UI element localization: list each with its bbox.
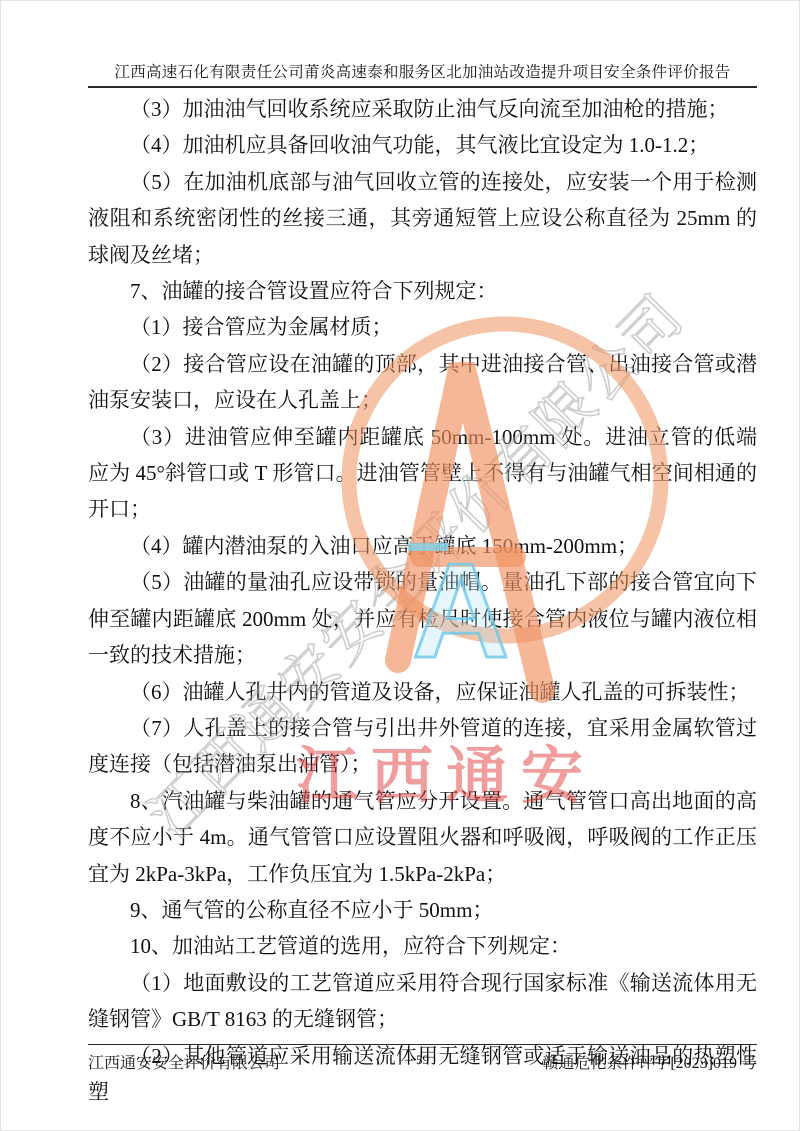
body-paragraph: 8、汽油罐与柴油罐的通气管应分开设置。通气管管口高出地面的高度不应小于 4m。通… <box>88 783 757 892</box>
body-paragraph: 9、通气管的公称直径不应小于 50mm； <box>88 892 757 928</box>
body-paragraph: （4）加油机应具备回收油气功能，其气液比宜设定为 1.0-1.2； <box>88 127 757 163</box>
body-paragraph: （5）在加油机底部与油气回收立管的连接处，应安装一个用于检测液阻和系统密闭性的丝… <box>88 164 757 273</box>
body-paragraph: （7）人孔盖上的接合管与引出井外管道的连接，宜采用金属软管过度连接（包括潜油泵出… <box>88 710 757 783</box>
body-paragraph: （2）其他管道应采用输送流体用无缝钢管或适于输送油品的热塑性塑 <box>88 1038 757 1111</box>
report-body: （3）加油油气回收系统应采取防止油气反向流至加油枪的措施； （4）加油机应具备回… <box>88 91 757 1110</box>
body-paragraph: （1）地面敷设的工艺管道应采用符合现行国家标准《输送流体用无缝钢管》GB/T 8… <box>88 965 757 1038</box>
body-paragraph: （4）罐内潜油泵的入油口应高于罐底 150mm-200mm； <box>88 528 757 564</box>
report-page: 江西高速石化有限责任公司莆炎高速泰和服务区北加油站改造提升项目安全条件评价报告 … <box>0 0 800 1131</box>
body-paragraph: 10、加油站工艺管道的选用，应符合下列规定： <box>88 928 757 964</box>
body-paragraph: （3）进油管应伸至罐内距罐底 50mm-100mm 处。进油立管的低端应为 45… <box>88 419 757 528</box>
body-paragraph: （1）接合管应为金属材质； <box>88 309 757 345</box>
body-paragraph: 7、油罐的接合管设置应符合下列规定： <box>88 273 757 309</box>
body-paragraph: （2）接合管应设在油罐的顶部，其中进油接合管、出油接合管或潜油泵安装口，应设在人… <box>88 346 757 419</box>
body-paragraph: （3）加油油气回收系统应采取防止油气反向流至加油枪的措施； <box>88 91 757 127</box>
page-header-title: 江西高速石化有限责任公司莆炎高速泰和服务区北加油站改造提升项目安全条件评价报告 <box>88 60 757 82</box>
body-paragraph: （5）油罐的量油孔应设带锁的量油帽。量油孔下部的接合管宜向下伸至罐内距罐底 20… <box>88 564 757 673</box>
body-paragraph: （6）油罐人孔井内的管道及设备，应保证油罐人孔盖的可拆装性； <box>88 674 757 710</box>
header-rule <box>88 86 757 88</box>
